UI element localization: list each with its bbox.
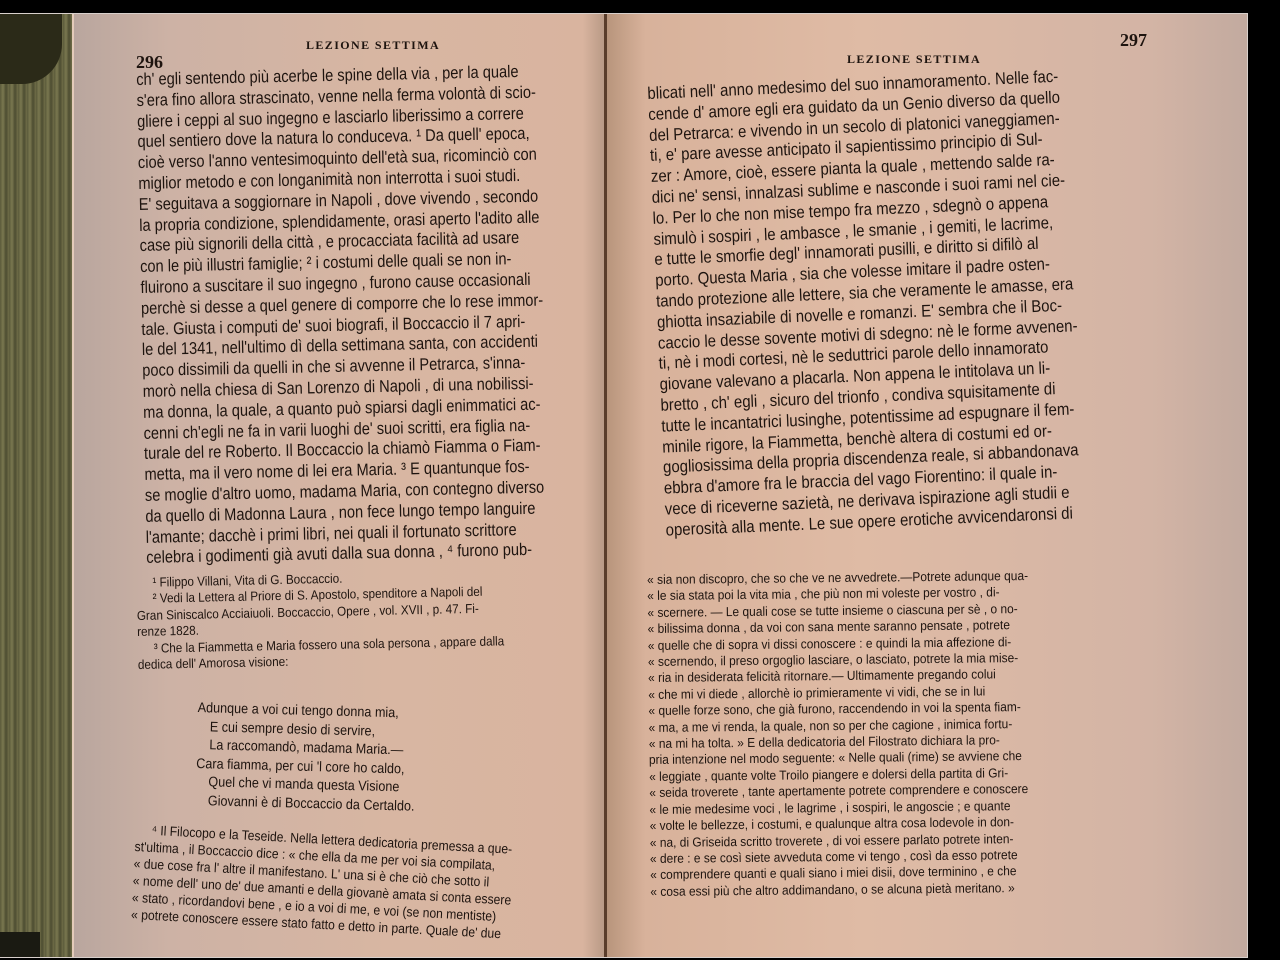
right-running-title: LEZIONE SETTIMA <box>847 52 981 67</box>
book-page-edges <box>0 14 72 957</box>
verse-quotation: Adunque a voi cui tengo donna mia,E cui … <box>195 698 547 818</box>
left-page: 296 LEZIONE SETTIMA ch' egli sentendo pi… <box>72 14 604 957</box>
left-footnotes-lower: ⁴ Il Filocopo e la Teseide. Nella letter… <box>131 821 586 946</box>
right-page-number: 297 <box>1120 30 1147 51</box>
left-footnotes-upper: ¹ Filippo Villani, Vita di G. Boccaccio.… <box>136 566 588 674</box>
right-body-text: blicati nell' anno medesimo del suo inna… <box>647 63 1176 542</box>
left-body-text: ch' egli sentendo più acerbe le spine de… <box>136 61 594 569</box>
photo-frame: 296 LEZIONE SETTIMA ch' egli sentendo pi… <box>0 13 1248 958</box>
right-footnotes: « sia non discopro, che so che ve ne avv… <box>647 566 1175 900</box>
right-page: LEZIONE SETTIMA 297 blicati nell' anno m… <box>604 14 1247 957</box>
right-running-head: LEZIONE SETTIMA 297 <box>647 38 1147 66</box>
left-running-title: LEZIONE SETTIMA <box>306 38 440 53</box>
